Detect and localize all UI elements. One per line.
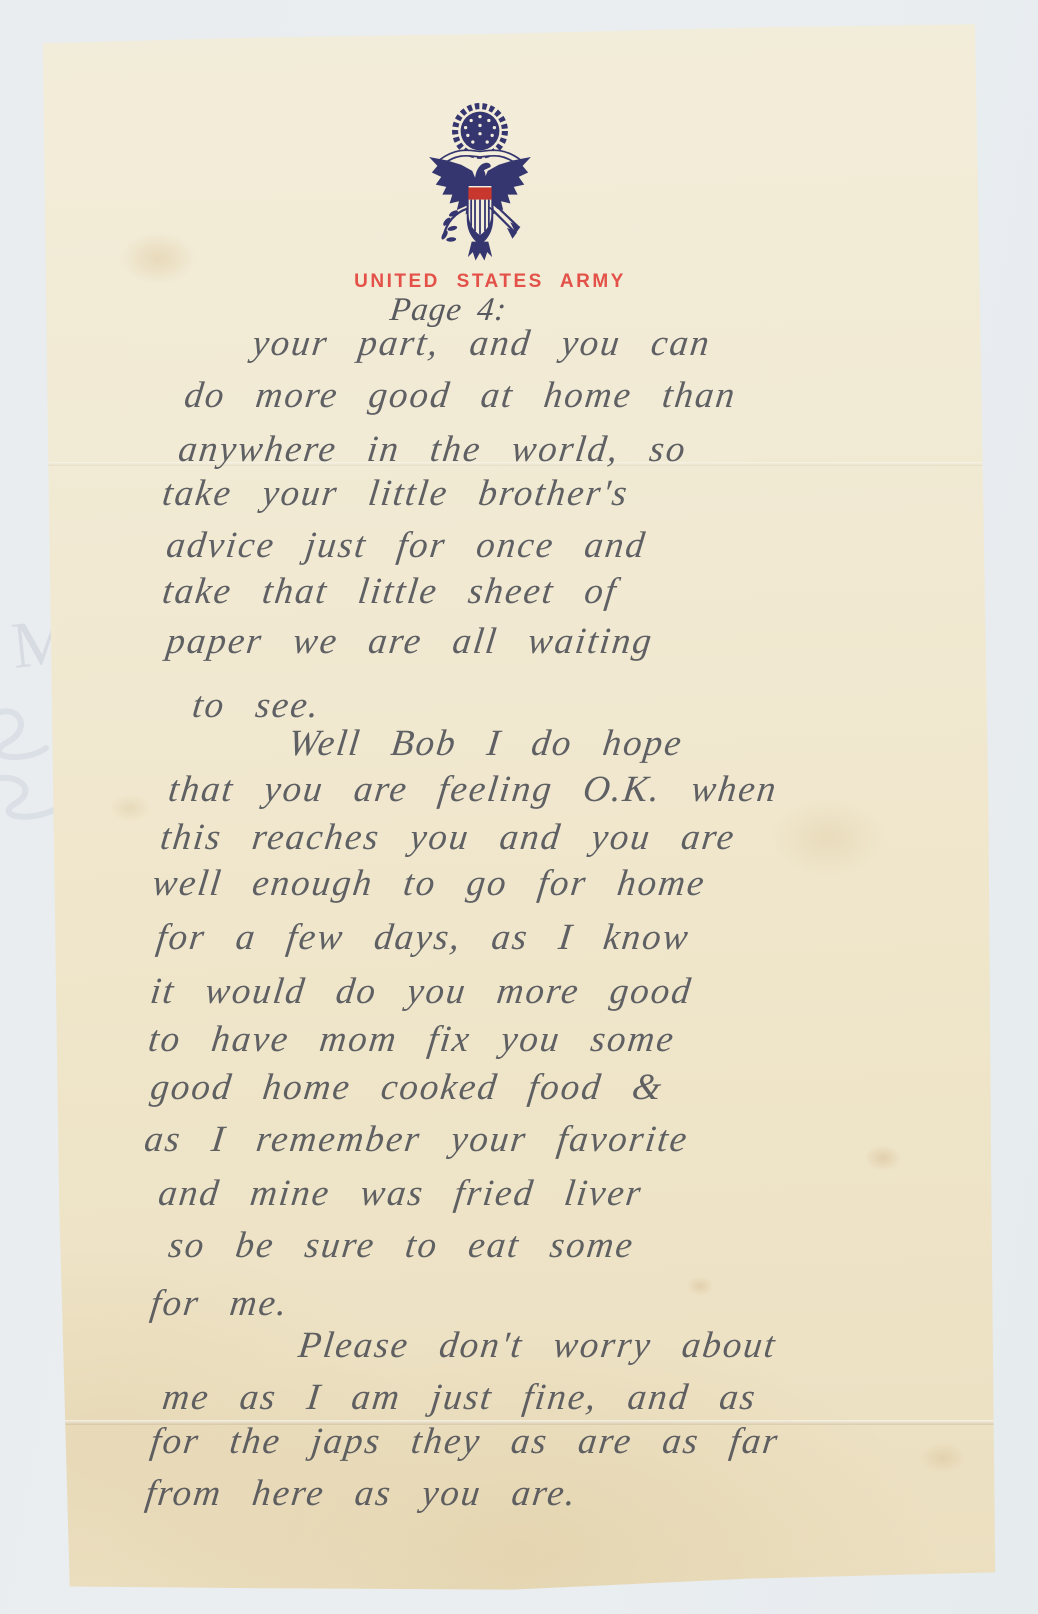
handwritten-line: Well Bob I do hope	[286, 722, 686, 765]
handwritten-line: so be sure to eat some	[166, 1224, 637, 1267]
handwritten-line: take your little brother's	[160, 472, 631, 515]
handwritten-line: to have mom fix you some	[146, 1018, 678, 1061]
handwritten-line: it would do you more good	[148, 970, 695, 1013]
handwritten-line: anywhere in the world, so	[176, 428, 689, 471]
handwritten-line: this reaches you and you are	[158, 816, 738, 859]
handwritten-line: that you are feeling O.K. when	[166, 768, 780, 811]
handwritten-line: to see.	[190, 684, 323, 727]
handwritten-line: me as I am just fine, and as	[160, 1376, 759, 1419]
handwritten-line: your part, and you can	[250, 322, 713, 365]
scanned-letter: M	[0, 0, 1038, 1614]
handwritten-line: and mine was fried liver	[156, 1172, 645, 1215]
handwritten-line: from here as you are.	[143, 1472, 580, 1515]
us-army-eagle-crest-icon	[418, 100, 542, 266]
handwritten-line: as I remember your favorite	[142, 1118, 691, 1161]
handwritten-line: well enough to go for home	[150, 862, 708, 905]
handwritten-line: advice just for once and	[164, 524, 649, 567]
handwritten-line: Please don't worry about	[296, 1324, 779, 1367]
handwritten-line: do more good at home than	[182, 374, 739, 417]
letterhead-title: UNITED STATES ARMY	[340, 271, 640, 293]
handwritten-line: for a few days, as I know	[154, 916, 692, 959]
handwritten-line: for me.	[148, 1282, 291, 1325]
handwritten-line: good home cooked food &	[148, 1066, 666, 1109]
handwritten-line: take that little sheet of	[160, 570, 620, 613]
handwritten-line: paper we are all waiting	[164, 620, 656, 663]
handwritten-line: for the japs they as are as far	[148, 1420, 782, 1463]
